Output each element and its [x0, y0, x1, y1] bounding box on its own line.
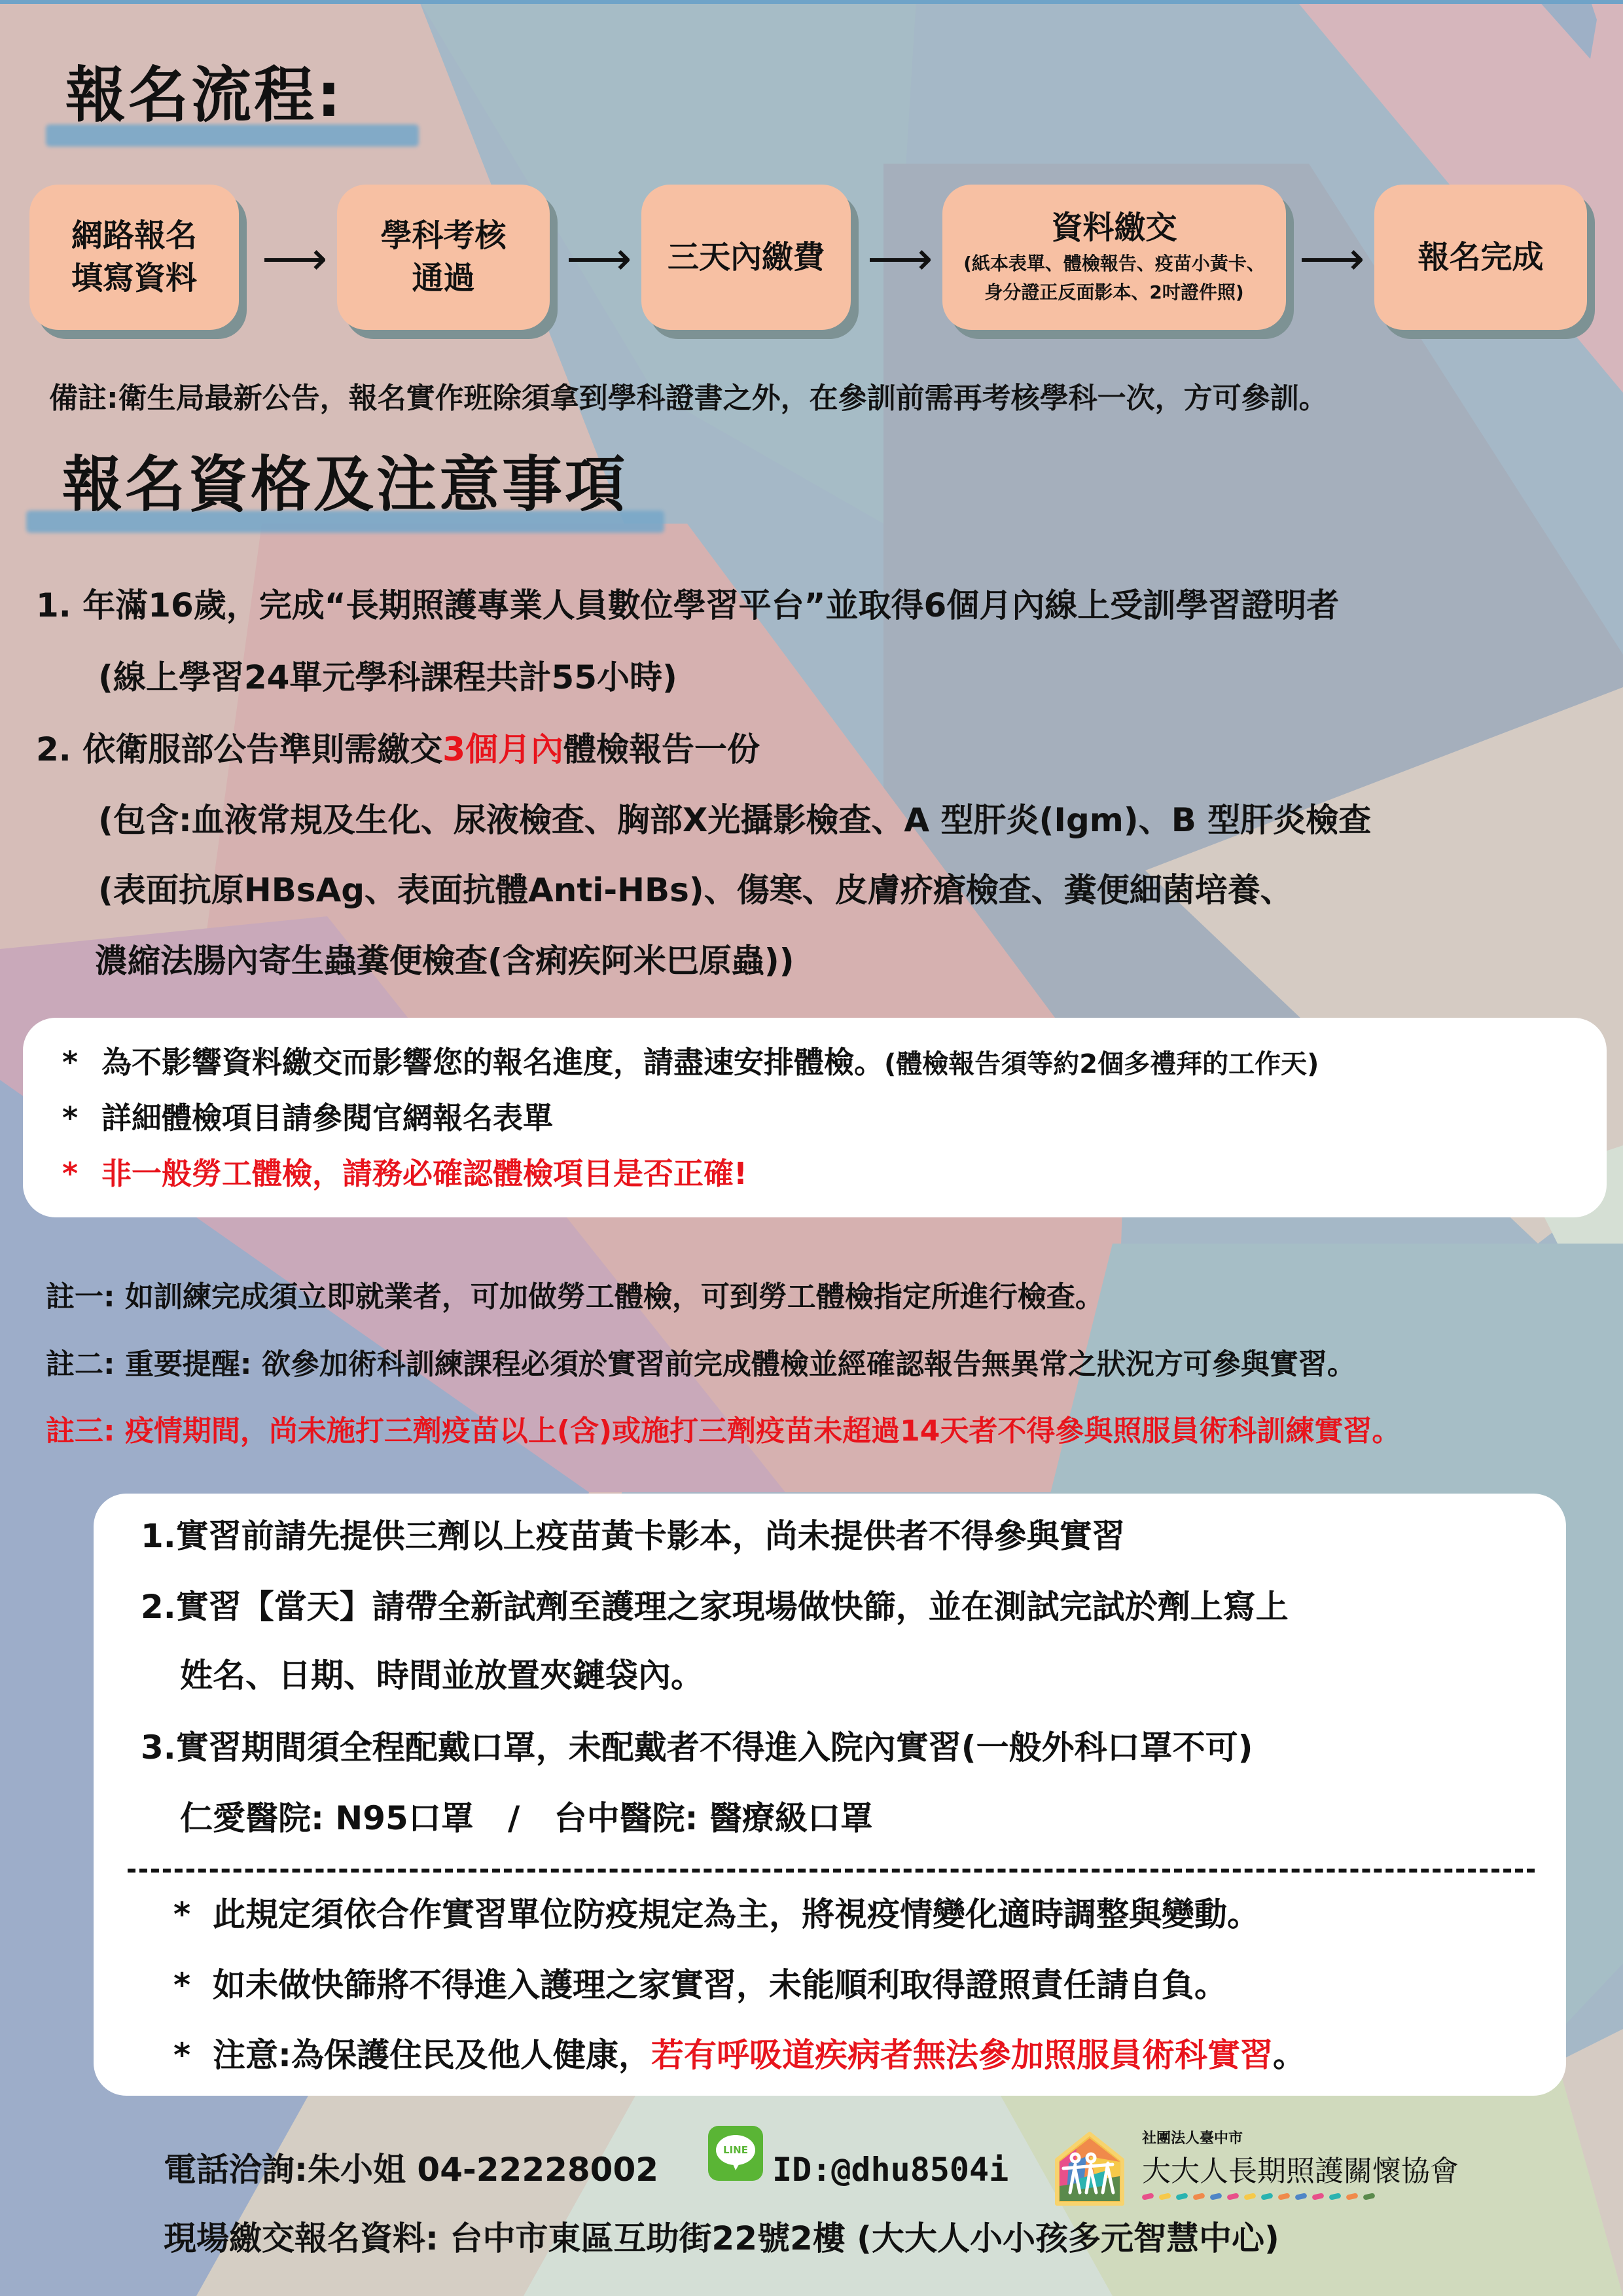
eligibility-item-2-detail: 濃縮法腸內寄生蟲糞便檢查(含痢疾阿米巴原蟲)) [95, 944, 794, 977]
highlight-text: 3個月內 [442, 730, 563, 768]
arrow-right-icon: ⟶ [262, 236, 327, 281]
asterisk-icon: * [173, 1898, 213, 1931]
internship-footnote-warning: *注意:為保護住民及他人健康，若有呼吸道疾病者無法參加照服員術科實習。 [173, 2039, 1306, 2072]
step-label: 填寫資料 [71, 257, 197, 300]
line-id: ID:@dhu8504i [772, 2153, 1008, 2186]
internship-rule-1: 1.實習前請先提供三劑以上疫苗黃卡影本，尚未提供者不得參與實習 [141, 1520, 1125, 1552]
note-label: 註三: [46, 1414, 115, 1448]
asterisk-icon: * [62, 1103, 101, 1133]
notice-line: *詳細體檢項目請參閱官網報名表單 [62, 1103, 553, 1133]
step-label: 資料繳交 [1051, 207, 1177, 249]
notice-line-warning: *非一般勞工體檢，請務必確認體檢項目是否正確! [62, 1158, 747, 1189]
highlight-text: 若有呼吸道疾病者無法參加照服員術科實習 [651, 2036, 1273, 2074]
flow-step-payment: 三天內繳費 [641, 185, 851, 330]
asterisk-icon: * [173, 1969, 213, 2001]
note-1: 註一: 如訓練完成須立即就業者，可加做勞工體檢，可到勞工體檢指定所進行檢查。 [46, 1273, 1104, 1315]
notice-line: *為不影響資料繳交而影響您的報名進度，請盡速安排體檢。(體檢報告須等約2個多禮拜… [62, 1047, 1319, 1077]
flow-step-document-submission: 資料繳交 (紙本表單、體檢報告、疫苗小黃卡、 身分證正反面影本、2吋證件照) [942, 185, 1286, 330]
flow-step-online-registration: 網路報名 填寫資料 [29, 185, 239, 330]
eligibility-title: 報名資格及注意事項 [62, 455, 628, 515]
step-sublabel: 身分證正反面影本、2吋證件照) [984, 278, 1243, 308]
note-text: 如訓練完成須立即就業者，可加做勞工體檢，可到勞工體檢指定所進行檢查。 [125, 1280, 1104, 1314]
note-3: 註三: 疫情期間，尚未施打三劑疫苗以上(含)或施打三劑疫苗未超過14天者不得參與… [46, 1407, 1400, 1449]
arrow-right-icon: ⟶ [867, 236, 933, 281]
asterisk-icon: * [173, 2039, 213, 2072]
flow-step-complete: 報名完成 [1374, 185, 1587, 330]
org-name: 大大人長期照護關懷協會 [1142, 2147, 1459, 2189]
eligibility-item-2-detail: (表面抗原HBsAg、表面抗體Anti-HBs)、傷寒、皮膚疥瘡檢查、糞便細菌培… [98, 874, 1293, 906]
asterisk-icon: * [62, 1158, 101, 1189]
eligibility-item-1-detail: (線上學習24單元學科課程共計55小時) [98, 661, 677, 694]
step-label: 三天內繳費 [668, 236, 825, 279]
internship-mask-requirement: 仁愛醫院: N95口罩 / 台中醫院: 醫療級口罩 [180, 1802, 873, 1835]
process-title: 報名流程: [65, 65, 344, 126]
text: 體檢報告一份 [563, 730, 760, 768]
internship-rule-2: 2.實習【當天】請帶全新試劑至護理之家現場做快篩，並在測試完試於劑上寫上 [141, 1590, 1289, 1623]
line-app-icon[interactable]: LINE [708, 2126, 763, 2181]
text: 詳細體檢項目請參閱官網報名表單 [101, 1100, 553, 1136]
step-label: 報名完成 [1418, 236, 1543, 279]
process-remark: 備註:衛生局最新公告，報名實作班除須拿到學科證書之外，在參訓前需再考核學科一次，… [49, 374, 1328, 416]
text: 如未做快篩將不得進入護理之家實習，未能順利取得證照責任請自負。 [213, 1966, 1227, 2004]
line-bubble-tail [732, 2161, 741, 2170]
text: (體檢報告須等約2個多禮拜的工作天) [884, 1049, 1319, 1079]
note-text: 重要提醒: 欲參加術科訓練課程必須於實習前完成體檢並經確認報告無異常之狀況方可參… [125, 1348, 1356, 1381]
internship-rule-2-cont: 姓名、日期、時間並放置夾鏈袋內。 [180, 1659, 704, 1692]
association-name-block: 社團法人臺中市 大大人長期照護關懷協會 [1142, 2127, 1459, 2202]
arrow-right-icon: ⟶ [566, 236, 632, 281]
submission-address: 現場繳交報名資料: 台中市東區互助街22號2樓 (大大人小小孩多元智慧中心) [164, 2222, 1279, 2255]
top-accent-line [0, 0, 1623, 4]
eligibility-item-1: 1. 年滿16歲，完成“長期照護專業人員數位學習平台”並取得6個月內線上受訓學習… [36, 589, 1339, 622]
eligibility-item-2: 2. 依衛服部公告準則需繳交3個月內體檢報告一份 [36, 733, 760, 766]
decorative-dots [1142, 2189, 1459, 2202]
internship-rule-3: 3.實習期間須全程配戴口罩，未配戴者不得進入院內實習(一般外科口罩不可) [141, 1731, 1253, 1764]
note-label: 註一: [46, 1280, 115, 1314]
internship-footnote: *如未做快篩將不得進入護理之家實習，未能順利取得證照責任請自負。 [173, 1969, 1227, 2001]
step-sublabel: (紙本表單、體檢報告、疫苗小黃卡、 [963, 249, 1265, 279]
association-logo-icon [1050, 2130, 1129, 2209]
note-2: 註二: 重要提醒: 欲參加術科訓練課程必須於實習前完成體檢並經確認報告無異常之狀… [46, 1340, 1356, 1382]
text: 非一般勞工體檢，請務必確認體檢項目是否正確! [101, 1156, 747, 1191]
note-text: 疫情期間，尚未施打三劑疫苗以上(含)或施打三劑疫苗未超過14天者不得參與照服員術… [125, 1414, 1400, 1448]
step-label: 學科考核 [380, 215, 506, 257]
internship-rules-card [94, 1494, 1566, 2096]
step-label: 網路報名 [71, 215, 197, 257]
text: 2. 依衛服部公告準則需繳交 [36, 730, 442, 768]
phone-contact: 電話洽詢:朱小姐 04-22228002 [164, 2153, 658, 2186]
asterisk-icon: * [62, 1047, 101, 1077]
divider [128, 1869, 1535, 1873]
step-label: 通過 [412, 257, 474, 300]
text: 為不影響資料繳交而影響您的報名進度，請盡速安排體檢。 [101, 1045, 884, 1080]
internship-footnote: *此規定須依合作實習單位防疫規定為主，將視疫情變化適時調整與變動。 [173, 1898, 1260, 1931]
note-label: 註二: [46, 1348, 115, 1381]
eligibility-item-2-detail: (包含:血液常規及生化、尿液檢查、胸部X光攝影檢查、A 型肝炎(Igm)、B 型… [98, 804, 1371, 836]
text: 此規定須依合作實習單位防疫規定為主，將視疫情變化適時調整與變動。 [213, 1895, 1260, 1933]
arrow-right-icon: ⟶ [1299, 236, 1364, 281]
text: 。 [1273, 2036, 1306, 2074]
flow-step-academic-exam: 學科考核 通過 [337, 185, 550, 330]
org-subtitle: 社團法人臺中市 [1142, 2127, 1459, 2147]
text: 注意:為保護住民及他人健康， [213, 2036, 651, 2074]
